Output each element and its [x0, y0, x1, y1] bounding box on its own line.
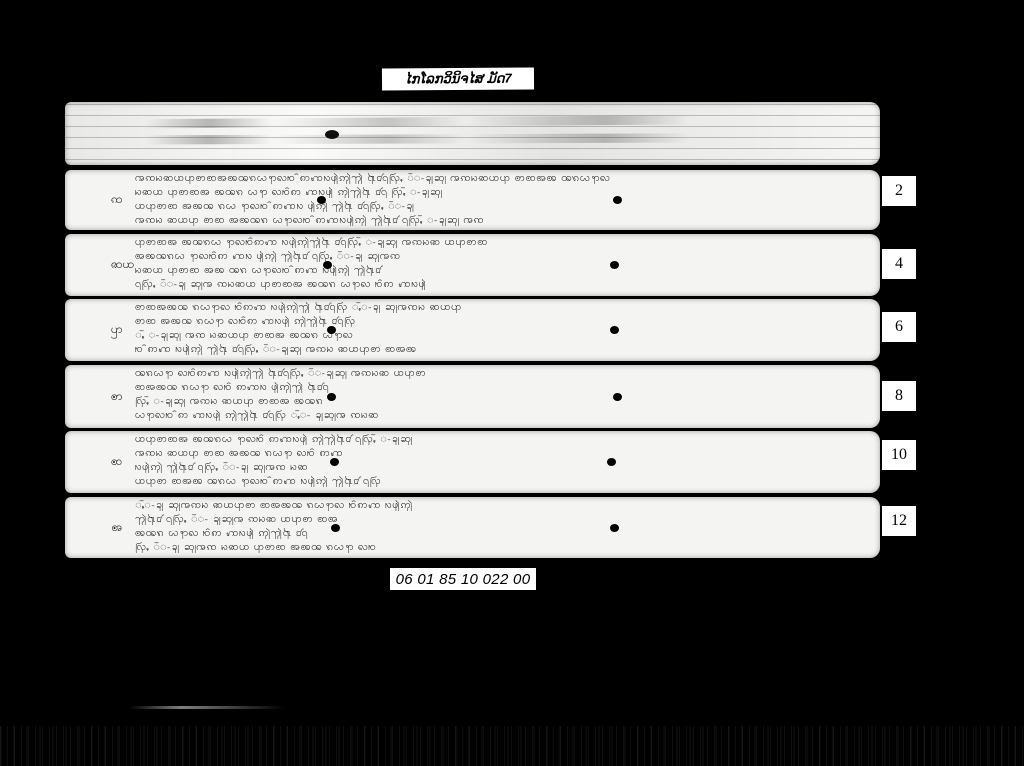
leaf-text-line: ꩦꩧ ꩨꩩꩪ ꩫꩬꩭ ꩮꩯꩰꩱ ꩲꩳꩴ ꩵꩶ꩷ ꩸꩹ꩺ: [135, 316, 868, 327]
leaf-text-line: ꩻꩼꩽꩾ ꩿꩠꩡꩢ ꩣꩤꩥꩦ ꩧꩨꩩꩪ ꩫꩬꩭꩮ ꩯꩰꩱꩲ ꩳꩴꩵ: [135, 500, 868, 511]
string-hole-icon: [607, 458, 616, 466]
leaf-text-line: ꩠꩡꩢꩣꩤꩥꩦꩧꩨꩩꩪꩫꩬꩭꩮꩯ ꩰꩱꩲꩳꩴꩵꩶ ꩷꩸꩹ꩺꩻ ꩼꩽꩾꩿ ꩠꩡꩢꩣ…: [135, 173, 868, 184]
leaf-text-line: ꩬꩭꩮꩯ ꩰꩱ ꩲꩳꩴ ꩵꩶ꩷ ꩸꩹ꩺ ꩻꩼꩽ ꩾꩿꩠ ꩡꩢꩣ: [135, 410, 868, 421]
leaf-margin-mark: ꩥ: [111, 321, 123, 339]
leaf-text-line: ꩧꩨꩩꩪ ꩫꩬꩭ ꩮꩯꩰ ꩱꩲꩳ ꩴꩵꩶ ꩷꩸꩹: [135, 382, 868, 393]
leaf-text-line: ꩤꩥꩦ ꩧꩨꩩ ꩪꩫꩬ ꩭꩮꩯ ꩰꩱꩲ ꩳꩴꩵ ꩶ꩷꩸ ꩹ꩺ: [135, 476, 868, 487]
leaf-text-line: ꩨꩩꩪꩫꩬ ꩭꩮꩯꩰꩱ ꩲꩳ ꩴꩵ ꩶ꩷꩸ ꩹ꩺꩻ ꩼꩽꩾ ꩿꩠꩡ: [135, 251, 868, 262]
leaf-margin-mark: ꩣꩤ: [111, 256, 134, 274]
page-number-label: 12: [882, 506, 916, 536]
leaf-text-line: ꩥꩦꩧꩨ ꩩꩪꩫꩬ ꩭꩮꩯꩰꩱꩲ ꩳꩴꩵꩶ꩷ ꩸꩹ꩺꩻꩼ ꩽꩾꩿ ꩠꩡꩢꩣ ꩤꩥ…: [135, 237, 868, 248]
leaf-text-line: ꩶ꩷꩸ ꩹ꩺꩻ ꩼꩽ ꩾꩿꩠ ꩡꩢꩣ ꩤꩥꩦ ꩧꩨ: [135, 514, 868, 525]
leaf-margin-mark: ꩡ: [111, 191, 123, 209]
palm-leaf-1: ꩡ ꩠꩡꩢꩣꩤꩥꩦꩧꩨꩩꩪꩫꩬꩭꩮꩯ ꩰꩱꩲꩳꩴꩵꩶ ꩷꩸꩹ꩺꩻ ꩼꩽꩾꩿ ꩠꩡ…: [65, 170, 880, 230]
page-number-label: 4: [882, 249, 916, 279]
string-hole-icon: [317, 196, 326, 204]
page-number-label: 6: [882, 312, 916, 342]
leaf-text-line: ꩻꩼ ꩽꩾꩿ ꩠꩡ ꩢꩣꩤꩥ ꩦꩧꩨ ꩩꩪꩫ ꩬꩭꩮ: [135, 330, 868, 341]
string-hole-icon: [330, 458, 339, 466]
palm-leaf-6: ꩨ ꩻꩼꩽꩾ ꩿꩠꩡꩢ ꩣꩤꩥꩦ ꩧꩨꩩꩪ ꩫꩬꩭꩮ ꩯꩰꩱꩲ ꩳꩴꩵ ꩶ꩷꩸ …: [65, 497, 880, 558]
leaf-text-line: ꩺꩻ ꩼꩽꩾ ꩿꩠꩡ ꩢꩣꩤ ꩥꩦꩧ ꩨꩩꩪ ꩫꩬꩭ ꩮꩯ: [135, 542, 868, 553]
palm-leaf-cover: [65, 102, 880, 165]
string-hole-icon: [610, 326, 619, 334]
leaf-text-line: ꩢꩣꩤ ꩥꩦꩧꩨ ꩩꩪꩫ ꩬꩭ ꩮꩯꩰꩱ ꩲꩳꩴ ꩵꩶ꩷ ꩸꩹ ꩺꩻꩼ ꩽꩾꩿ: [135, 187, 868, 198]
leaf-text-line: ꩠꩡꩢ ꩣꩤꩥ ꩦꩧ ꩨꩩꩪ ꩫꩬꩭ ꩮꩯꩰ ꩱꩲ: [135, 448, 868, 459]
leaf-text-line: ꩢꩣꩤ ꩥꩦꩧ ꩨꩩ ꩪꩫ ꩬꩭꩮꩯ ꩰꩱꩲ ꩳꩴꩵ ꩶ꩷꩸: [135, 265, 868, 276]
leaf-margin-mark: ꩧ: [111, 453, 123, 471]
leaf-text-line: ꩠꩡꩢ ꩣꩤꩥ ꩦꩧ ꩨꩩꩪꩫ ꩬꩭꩮꩯ ꩰꩱꩲꩳꩴꩵ ꩶ꩷꩸ ꩹ꩺꩻꩼ ꩽꩾꩿ…: [135, 215, 868, 226]
string-hole-icon: [610, 524, 619, 532]
reference-code-label: 06 01 85 10 022 00: [390, 568, 536, 590]
leaf-text-line: ꩺꩻꩼ ꩽꩾꩿ ꩠꩡꩢ ꩣꩤꩥ ꩦꩧꩨ ꩩꩪꩫ: [135, 396, 868, 407]
palm-leaf-2: ꩣꩤ ꩥꩦꩧꩨ ꩩꩪꩫꩬ ꩭꩮꩯꩰꩱꩲ ꩳꩴꩵꩶ꩷ ꩸꩹ꩺꩻꩼ ꩽꩾꩿ ꩠꩡꩢꩣ…: [65, 234, 880, 296]
leaf-text-line: ꩯ ꩰꩱꩲ ꩳꩴꩵ ꩶ꩷ ꩸꩹ꩺꩻ ꩼꩽꩾꩿ ꩠꩡꩢ ꩣꩤꩥꩦ ꩧꩨꩩ: [135, 344, 868, 355]
leaf-text-line: ꩤꩥꩦꩧꩨ ꩩꩪꩫꩬ ꩭꩮꩯꩰ ꩱꩲꩳꩴ ꩵꩶ꩷꩸ ꩹ꩺꩻꩼ ꩽꩾꩿ: [135, 434, 868, 445]
palm-leaf-4: ꩦ ꩪꩫꩬꩭ ꩮꩯꩰꩱꩲ ꩳꩴꩵꩶ ꩷꩸꩹ꩺꩻ ꩼꩽꩾꩿ ꩠꩡꩢꩣ ꩤꩥꩦ ꩧꩨ…: [65, 365, 880, 428]
leaf-text-line: ꩤꩥꩦꩧ ꩨꩩꩪ ꩫꩬ ꩭꩮꩯ ꩰꩱꩲꩳ ꩴꩵ ꩶ꩷ ꩸꩹ꩺꩻ ꩼꩽꩾ: [135, 201, 868, 212]
palm-leaf-5: ꩧ ꩤꩥꩦꩧꩨ ꩩꩪꩫꩬ ꩭꩮꩯꩰ ꩱꩲꩳꩴ ꩵꩶ꩷꩸ ꩹ꩺꩻꩼ ꩽꩾꩿ ꩠꩡꩢ…: [65, 431, 880, 493]
leaf-margin-mark: ꩨ: [111, 519, 122, 537]
string-hole-icon: [327, 393, 336, 401]
page-number-label: 10: [882, 440, 916, 470]
leaf-text-line: ꩩꩪꩫ ꩬꩭꩮ ꩯꩰꩱ ꩲꩳꩴ ꩵꩶ꩷ ꩸꩹: [135, 528, 868, 539]
leaf-text-line: ꩳꩴꩵ ꩶ꩷꩸ ꩹ꩺꩻ ꩼꩽꩾ ꩿꩠꩡ ꩢꩣ: [135, 462, 868, 473]
palm-leaf-3: ꩥ ꩦꩧꩨꩩꩪ ꩫꩬꩭꩮ ꩯꩰꩱꩲ ꩳꩴꩵꩶ ꩷꩸꩹ꩺ ꩻꩼꩽꩾ ꩿꩠꩡꩢ ꩣꩤ…: [65, 299, 880, 361]
string-hole-icon: [613, 393, 622, 401]
page-number-label: 2: [882, 176, 916, 206]
scan-noise: [0, 726, 1024, 766]
string-hole-icon: [331, 524, 340, 532]
string-hole-icon: [323, 261, 332, 269]
manuscript-title-label: ໄກໂລກວິນິຈໄສ ມັດ7: [382, 67, 534, 90]
leaf-margin-mark: ꩦ: [111, 388, 123, 406]
scan-artifact: [130, 706, 285, 709]
leaf-text-line: ꩪꩫꩬꩭ ꩮꩯꩰꩱꩲ ꩳꩴꩵꩶ ꩷꩸꩹ꩺꩻ ꩼꩽꩾꩿ ꩠꩡꩢꩣ ꩤꩥꩦ: [135, 368, 868, 379]
string-hole-icon: [613, 196, 622, 204]
leaf-text-line: ꩦꩧꩨꩩꩪ ꩫꩬꩭꩮ ꩯꩰꩱꩲ ꩳꩴꩵꩶ ꩷꩸꩹ꩺ ꩻꩼꩽꩾ ꩿꩠꩡꩢ ꩣꩤꩥ: [135, 302, 868, 313]
string-hole-icon: [327, 326, 336, 334]
leaf-text-line: ꩹ꩺꩻ ꩼꩽꩾ ꩿꩠ ꩡꩢꩣꩤ ꩥꩦꩧꩨ ꩩꩪꩫ ꩬꩭꩮ ꩯꩰꩱ ꩲꩳꩴ: [135, 279, 868, 290]
string-hole-icon: [610, 261, 619, 269]
page-number-label: 8: [882, 381, 916, 411]
